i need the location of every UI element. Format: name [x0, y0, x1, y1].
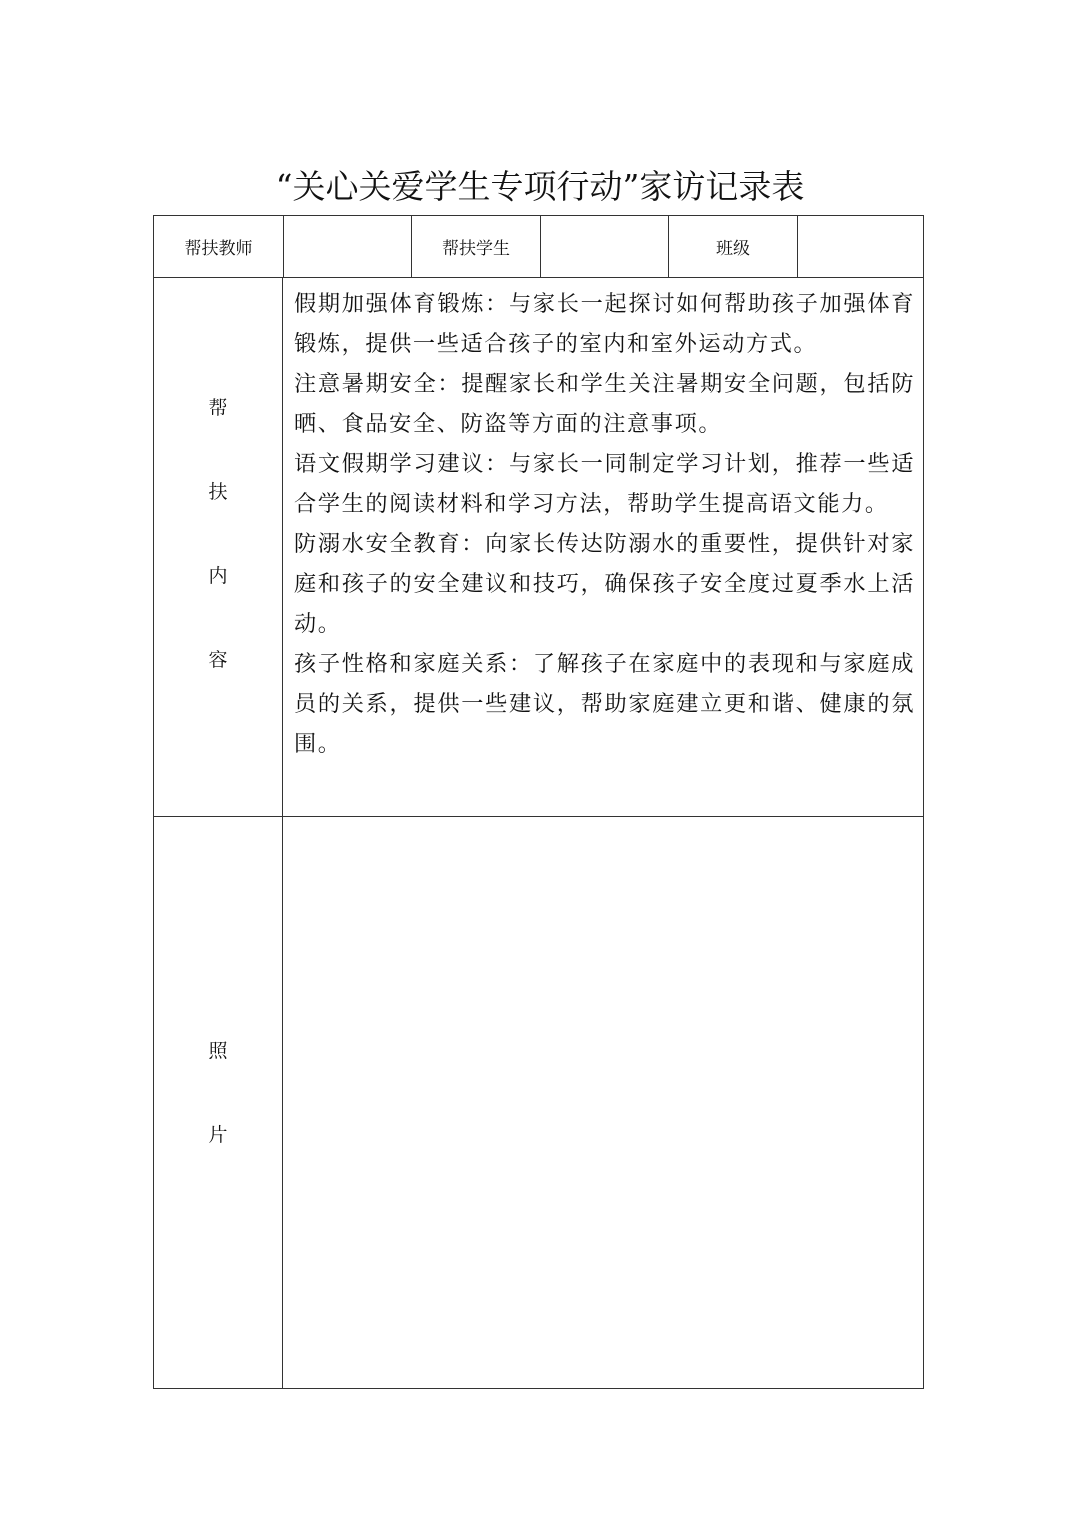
content-paragraph-chinese-study: 语文假期学习建议：与家长一同制定学习计划，推荐一些适合学生的阅读材料和学习方法，… [294, 444, 915, 524]
student-value-field[interactable] [540, 216, 668, 277]
photo-row: 照 片 [154, 817, 923, 1388]
label-char: 扶 [208, 481, 227, 503]
class-value-field[interactable] [797, 216, 923, 277]
assistance-content-row: 帮 扶 内 容 假期加强体育锻炼：与家长一起探讨如何帮助孩子加强体育锻炼，提供一… [154, 278, 923, 817]
content-paragraph-sports: 假期加强体育锻炼：与家长一起探讨如何帮助孩子加强体育锻炼，提供一些适合孩子的室内… [294, 284, 915, 364]
label-char: 帮 [208, 397, 227, 419]
content-paragraph-drowning-prevention: 防溺水安全教育：向家长传达防溺水的重要性，提供针对家庭和孩子的安全建议和技巧，确… [294, 524, 915, 644]
home-visit-record-table: 帮扶教师 帮扶学生 班级 帮 扶 内 容 假期加强体育锻炼：与家长一起探讨如何帮… [153, 215, 924, 1389]
label-char: 内 [208, 565, 227, 587]
label-char: 片 [208, 1124, 227, 1146]
content-paragraph-family-relations: 孩子性格和家庭关系：了解孩子在家庭中的表现和与家庭成员的关系，提供一些建议，帮助… [294, 644, 915, 764]
label-char: 容 [208, 649, 227, 671]
photo-label: 照 片 [154, 817, 282, 1388]
photo-area[interactable] [282, 817, 923, 1388]
content-paragraph-summer-safety: 注意暑期安全：提醒家长和学生关注暑期安全问题，包括防晒、食品安全、防盗等方面的注… [294, 364, 915, 444]
assistance-content-text: 假期加强体育锻炼：与家长一起探讨如何帮助孩子加强体育锻炼，提供一些适合孩子的室内… [282, 278, 923, 816]
teacher-value-field[interactable] [283, 216, 411, 277]
header-row: 帮扶教师 帮扶学生 班级 [154, 216, 923, 278]
teacher-label: 帮扶教师 [154, 216, 283, 277]
student-label: 帮扶学生 [411, 216, 540, 277]
assistance-content-label: 帮 扶 内 容 [154, 278, 282, 816]
document-title: “关心关爱学生专项行动”家访记录表 [0, 163, 1080, 211]
label-char: 照 [208, 1040, 227, 1062]
class-label: 班级 [668, 216, 797, 277]
